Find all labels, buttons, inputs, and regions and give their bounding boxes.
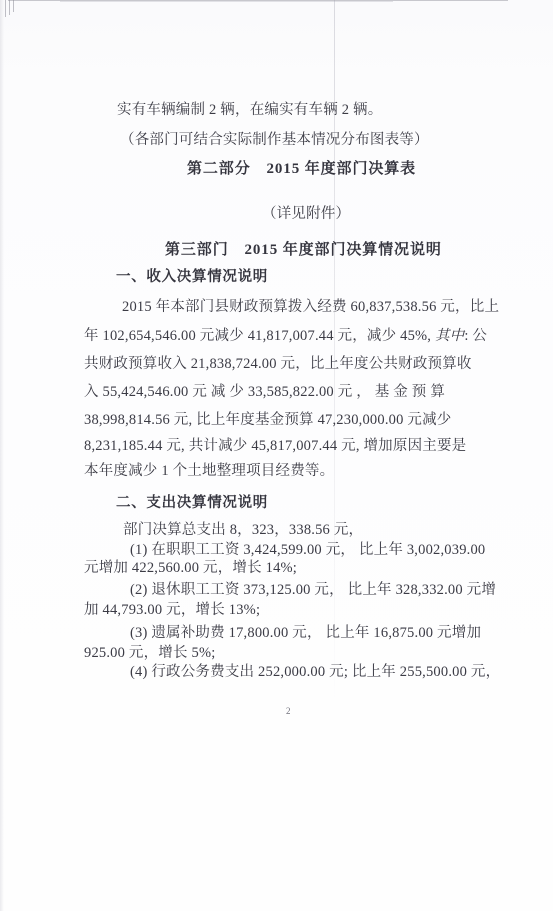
intro-line-vehicles: 实有车辆编制 2 辆，在编实有车辆 2 辆。 bbox=[117, 100, 382, 120]
scan-corner-mark bbox=[13, 0, 14, 12]
income-paragraph-line-2: 年 102,654,546.00 元减少 41,817,007.44 元，减少 … bbox=[84, 326, 487, 346]
income-paragraph-line-5: 38,998,814.56 元, 比上年度基金预算 47,230,000.00 … bbox=[84, 410, 451, 430]
expense-item2-line-1: (2) 退休职工工资 373,125.00 元， 比上年 328,332.00 … bbox=[130, 580, 496, 600]
expense-total-line: 部门决算总支出 8，323，338.56 元， bbox=[123, 520, 363, 540]
income-paragraph-line-3: 共财政预算收入 21,838,724.00 元，比上年度公共财政预算收 bbox=[84, 354, 472, 374]
income-paragraph-line-4: 入 55,424,546.00 元 减 少 33,585,822.00 元 ， … bbox=[84, 382, 445, 402]
scanned-document-page: 实有车辆编制 2 辆，在编实有车辆 2 辆。 （各部门可结合实际制作基本情况分布… bbox=[0, 0, 553, 911]
attachment-note: （详见附件） bbox=[262, 204, 350, 224]
income-paragraph-line-6: 8,231,185.44 元, 共计减少 45,817,007.44 元, 增加… bbox=[84, 436, 466, 456]
expense-item1-line-1: (1) 在职职工工资 3,424,599.00 元， 比上年 3,002,039… bbox=[130, 540, 485, 560]
expense-item4-line-1: (4) 行政公务费支出 252,000.00 元; 比上年 255,500.00… bbox=[130, 662, 500, 682]
income-line2-emphasis: 其中 bbox=[435, 328, 464, 344]
income-line2-post: : 公 bbox=[464, 328, 487, 344]
expense-item2-line-2: 加 44,793.00 元，增长 13%; bbox=[84, 600, 260, 620]
income-line2-pre: 年 102,654,546.00 元减少 41,817,007.44 元，减少 … bbox=[84, 328, 435, 344]
scan-corner-mark bbox=[9, 0, 10, 15]
intro-line-note: （各部门可结合实际制作基本情况分布图表等） bbox=[120, 130, 429, 150]
expense-item3-line-2: 925.00 元，增长 5%; bbox=[84, 643, 215, 663]
scan-corner-mark bbox=[5, 0, 6, 17]
income-paragraph-line-7: 本年度减少 1 个土地整理项目经费等。 bbox=[84, 461, 334, 481]
income-section-heading: 一、收入决算情况说明 bbox=[116, 267, 268, 287]
expense-item1-line-2: 元增加 422,560.00 元，增长 14%; bbox=[84, 558, 297, 578]
expense-section-heading: 二、支出决算情况说明 bbox=[116, 493, 268, 513]
income-paragraph-line-1: 2015 年本部门县财政预算拨入经费 60,837,538.56 元，比上 bbox=[122, 297, 499, 317]
part2-heading: 第二部分 2015 年度部门决算表 bbox=[187, 159, 416, 179]
page-number: 2 bbox=[286, 706, 291, 716]
part3-heading: 第三部门 2015 年度部门决算情况说明 bbox=[165, 240, 442, 260]
scan-top-edge-line-2 bbox=[60, 1, 393, 2]
expense-item3-line-1: (3) 遗属补助费 17,800.00 元， 比上年 16,875.00 元增加 bbox=[130, 623, 481, 643]
scan-left-edge-shading bbox=[0, 0, 4, 911]
